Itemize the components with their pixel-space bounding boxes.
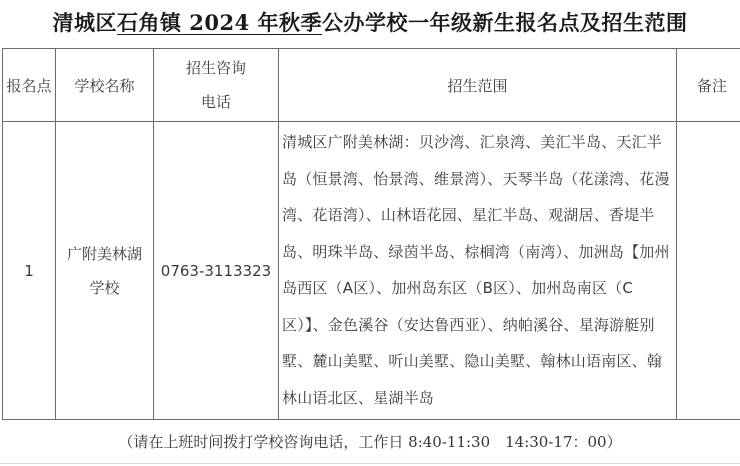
bottom-divider	[0, 463, 740, 464]
cell-note	[677, 122, 740, 420]
school-name-line2: 学校	[56, 271, 153, 305]
header-phone-line1: 招生咨询	[154, 51, 278, 85]
header-phone-line2: 电话	[154, 85, 278, 119]
table-header-row: 报名点 学校名称 招生咨询 电话 招生范围 备注	[3, 49, 740, 122]
title-suffix: 公办学校一年级新生报名点及招生范围	[322, 10, 688, 35]
cell-scope: 清城区广附美林湖：贝沙湾、汇泉湾、美汇半岛、天汇半岛（恒景湾、怡景湾、维景湾）、…	[279, 122, 677, 420]
title-prefix: 清城区	[52, 10, 117, 35]
header-phone: 招生咨询 电话	[154, 49, 279, 122]
enrollment-table: 报名点 学校名称 招生咨询 电话 招生范围 备注 1 广附美林湖 学校 0763…	[2, 48, 740, 420]
cell-point: 1	[3, 122, 56, 420]
table-row: 1 广附美林湖 学校 0763-3113323 清城区广附美林湖：贝沙湾、汇泉湾…	[3, 122, 740, 420]
header-note: 备注	[677, 49, 740, 122]
school-name-line1: 广附美林湖	[56, 237, 153, 271]
document-title: 清城区石角镇 2024 年秋季公办学校一年级新生报名点及招生范围	[0, 4, 740, 42]
cell-phone: 0763-3113323	[154, 122, 279, 420]
cell-school: 广附美林湖 学校	[56, 122, 154, 420]
header-school: 学校名称	[56, 49, 154, 122]
footnote: （请在上班时间拨打学校咨询电话，工作日 8:40-11:30 14:30-17：…	[0, 422, 740, 462]
title-underlined: 石角镇 2024 年秋季	[117, 10, 322, 35]
header-point: 报名点	[3, 49, 56, 122]
header-scope: 招生范围	[279, 49, 677, 122]
